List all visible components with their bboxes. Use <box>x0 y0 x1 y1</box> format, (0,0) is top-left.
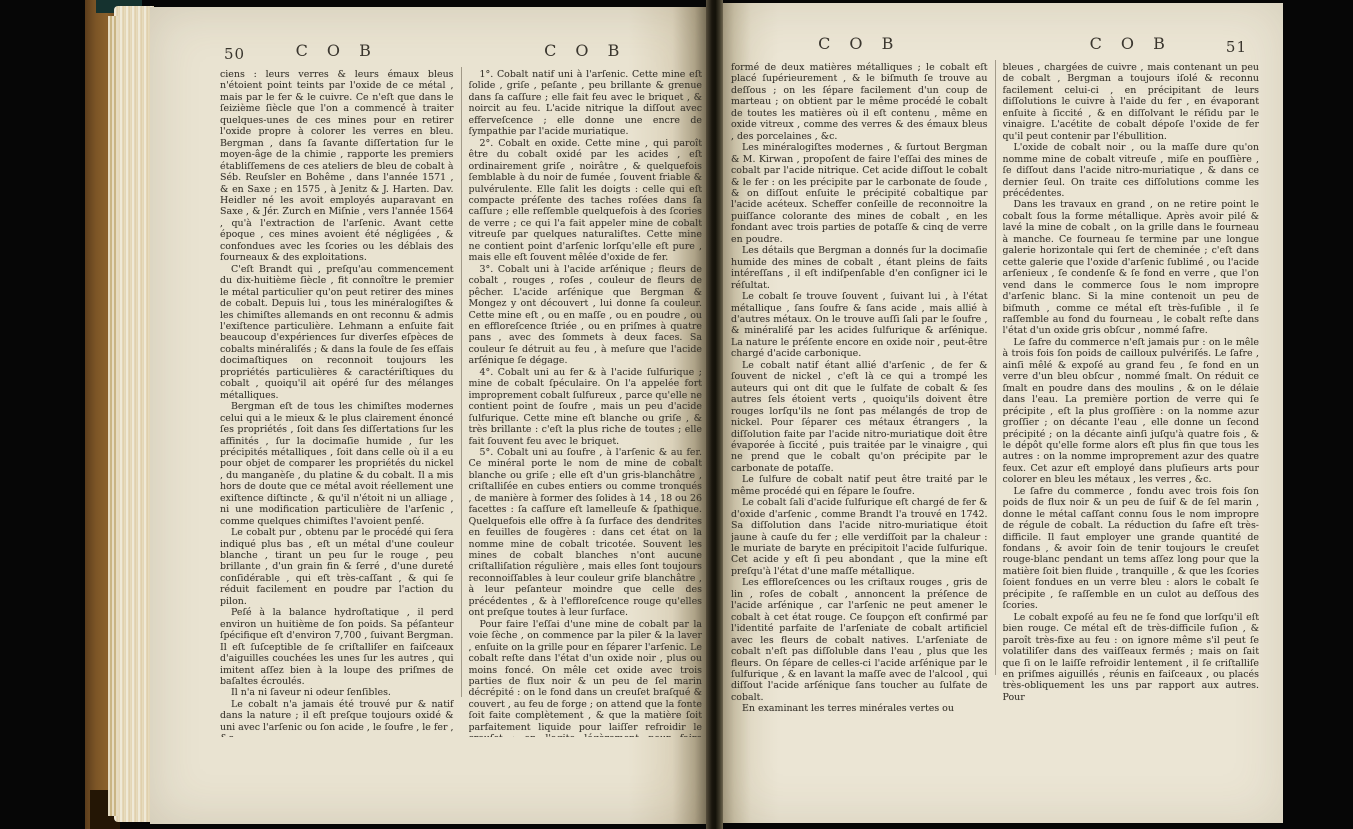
column-text: ciens : leurs verres & leurs émaux bleus… <box>220 69 454 737</box>
paragraph: Peſé à la balance hydroſtatique , il per… <box>220 607 454 687</box>
running-head: C O B <box>469 41 703 60</box>
column-text: 1°. Cobalt natif uni à l'arſenic. Cette … <box>469 69 703 737</box>
left-page-column-1: C O B ciens : leurs verres & leurs émaux… <box>220 41 454 737</box>
paragraph: Le cobalt n'a jamais été trouvé pur & na… <box>220 699 454 737</box>
paragraph: Le cobalt ſali d'acide ſulfurique eſt ch… <box>731 497 988 577</box>
paragraph: Pour faire l'eſſai d'une mine de cobalt … <box>469 619 703 737</box>
paragraph: Il n'a ni ſaveur ni odeur ſenſibles. <box>220 687 454 698</box>
paragraph: formé de deux matières métalliques ; le … <box>731 62 988 142</box>
column-divider <box>461 67 462 697</box>
paragraph: Bergman eſt de tous les chimiſtes modern… <box>220 401 454 527</box>
paragraph: 2°. Cobalt en oxide. Cette mine , qui pa… <box>469 138 703 264</box>
paragraph: 3°. Cobalt uni à l'acide arſénique ; fle… <box>469 264 703 367</box>
paragraph: ciens : leurs verres & leurs émaux bleus… <box>220 69 454 264</box>
column-text: formé de deux matières métalliques ; le … <box>731 62 988 715</box>
paragraph: Les minéralogiſtes modernes , & ſurtout … <box>731 142 988 245</box>
paragraph: Le cobalt pur , obtenu par le procédé qu… <box>220 527 454 607</box>
paragraph: 5°. Cobalt uni au ſoufre , à l'arſenic &… <box>469 447 703 619</box>
right-page: 51 C O B formé de deux matières métalliq… <box>723 3 1283 823</box>
paragraph: Le cobalt natif étant allié d'arſenic , … <box>731 360 988 475</box>
paragraph: L'oxide de cobalt noir , ou la maſſe dur… <box>1003 142 1260 199</box>
book-photo: 50 C O B ciens : leurs verres & leurs ém… <box>0 0 1353 829</box>
paragraph: Le ſafre du commerce , fondu avec trois … <box>1003 486 1260 612</box>
paragraph: bleues , chargées de cuivre , mais conte… <box>1003 62 1260 142</box>
right-page-column-1: C O B formé de deux matières métalliques… <box>731 34 988 715</box>
paragraph: Le ſulfure de cobalt natif peut être tra… <box>731 474 988 497</box>
paragraph: 4°. Cobalt uni au fer & à l'acide ſulfur… <box>469 367 703 447</box>
binding-gutter <box>706 0 723 829</box>
column-text: bleues , chargées de cuivre , mais conte… <box>1003 62 1260 703</box>
paragraph: Le cobalt ſe trouve ſouvent , ſuivant lu… <box>731 291 988 360</box>
column-divider <box>995 60 996 675</box>
left-page-column-2: C O B 1°. Cobalt natif uni à l'arſenic. … <box>469 41 703 737</box>
paragraph: Les détails que Bergman a donnés ſur la … <box>731 245 988 291</box>
paragraph: Dans les travaux en grand , on ne retire… <box>1003 199 1260 336</box>
paragraph: Le cobalt expoſé au feu ne ſe fond que l… <box>1003 612 1260 704</box>
paragraph: Le ſafre du commerce n'eſt jamais pur : … <box>1003 337 1260 486</box>
running-head: C O B <box>731 34 988 53</box>
running-head: C O B <box>220 41 454 60</box>
paragraph: Les effloreſcences ou les criſtaux rouge… <box>731 577 988 703</box>
page-fore-edges <box>114 6 154 822</box>
paragraph: 1°. Cobalt natif uni à l'arſenic. Cette … <box>469 69 703 138</box>
running-head: C O B <box>1003 34 1260 53</box>
paragraph: En examinant les terres minérales vertes… <box>731 703 988 714</box>
right-page-column-2: C O B bleues , chargées de cuivre , mais… <box>1003 34 1260 715</box>
left-page: 50 C O B ciens : leurs verres & leurs ém… <box>150 7 706 824</box>
paragraph: C'eſt Brandt qui , preſqu'au commencemen… <box>220 264 454 401</box>
